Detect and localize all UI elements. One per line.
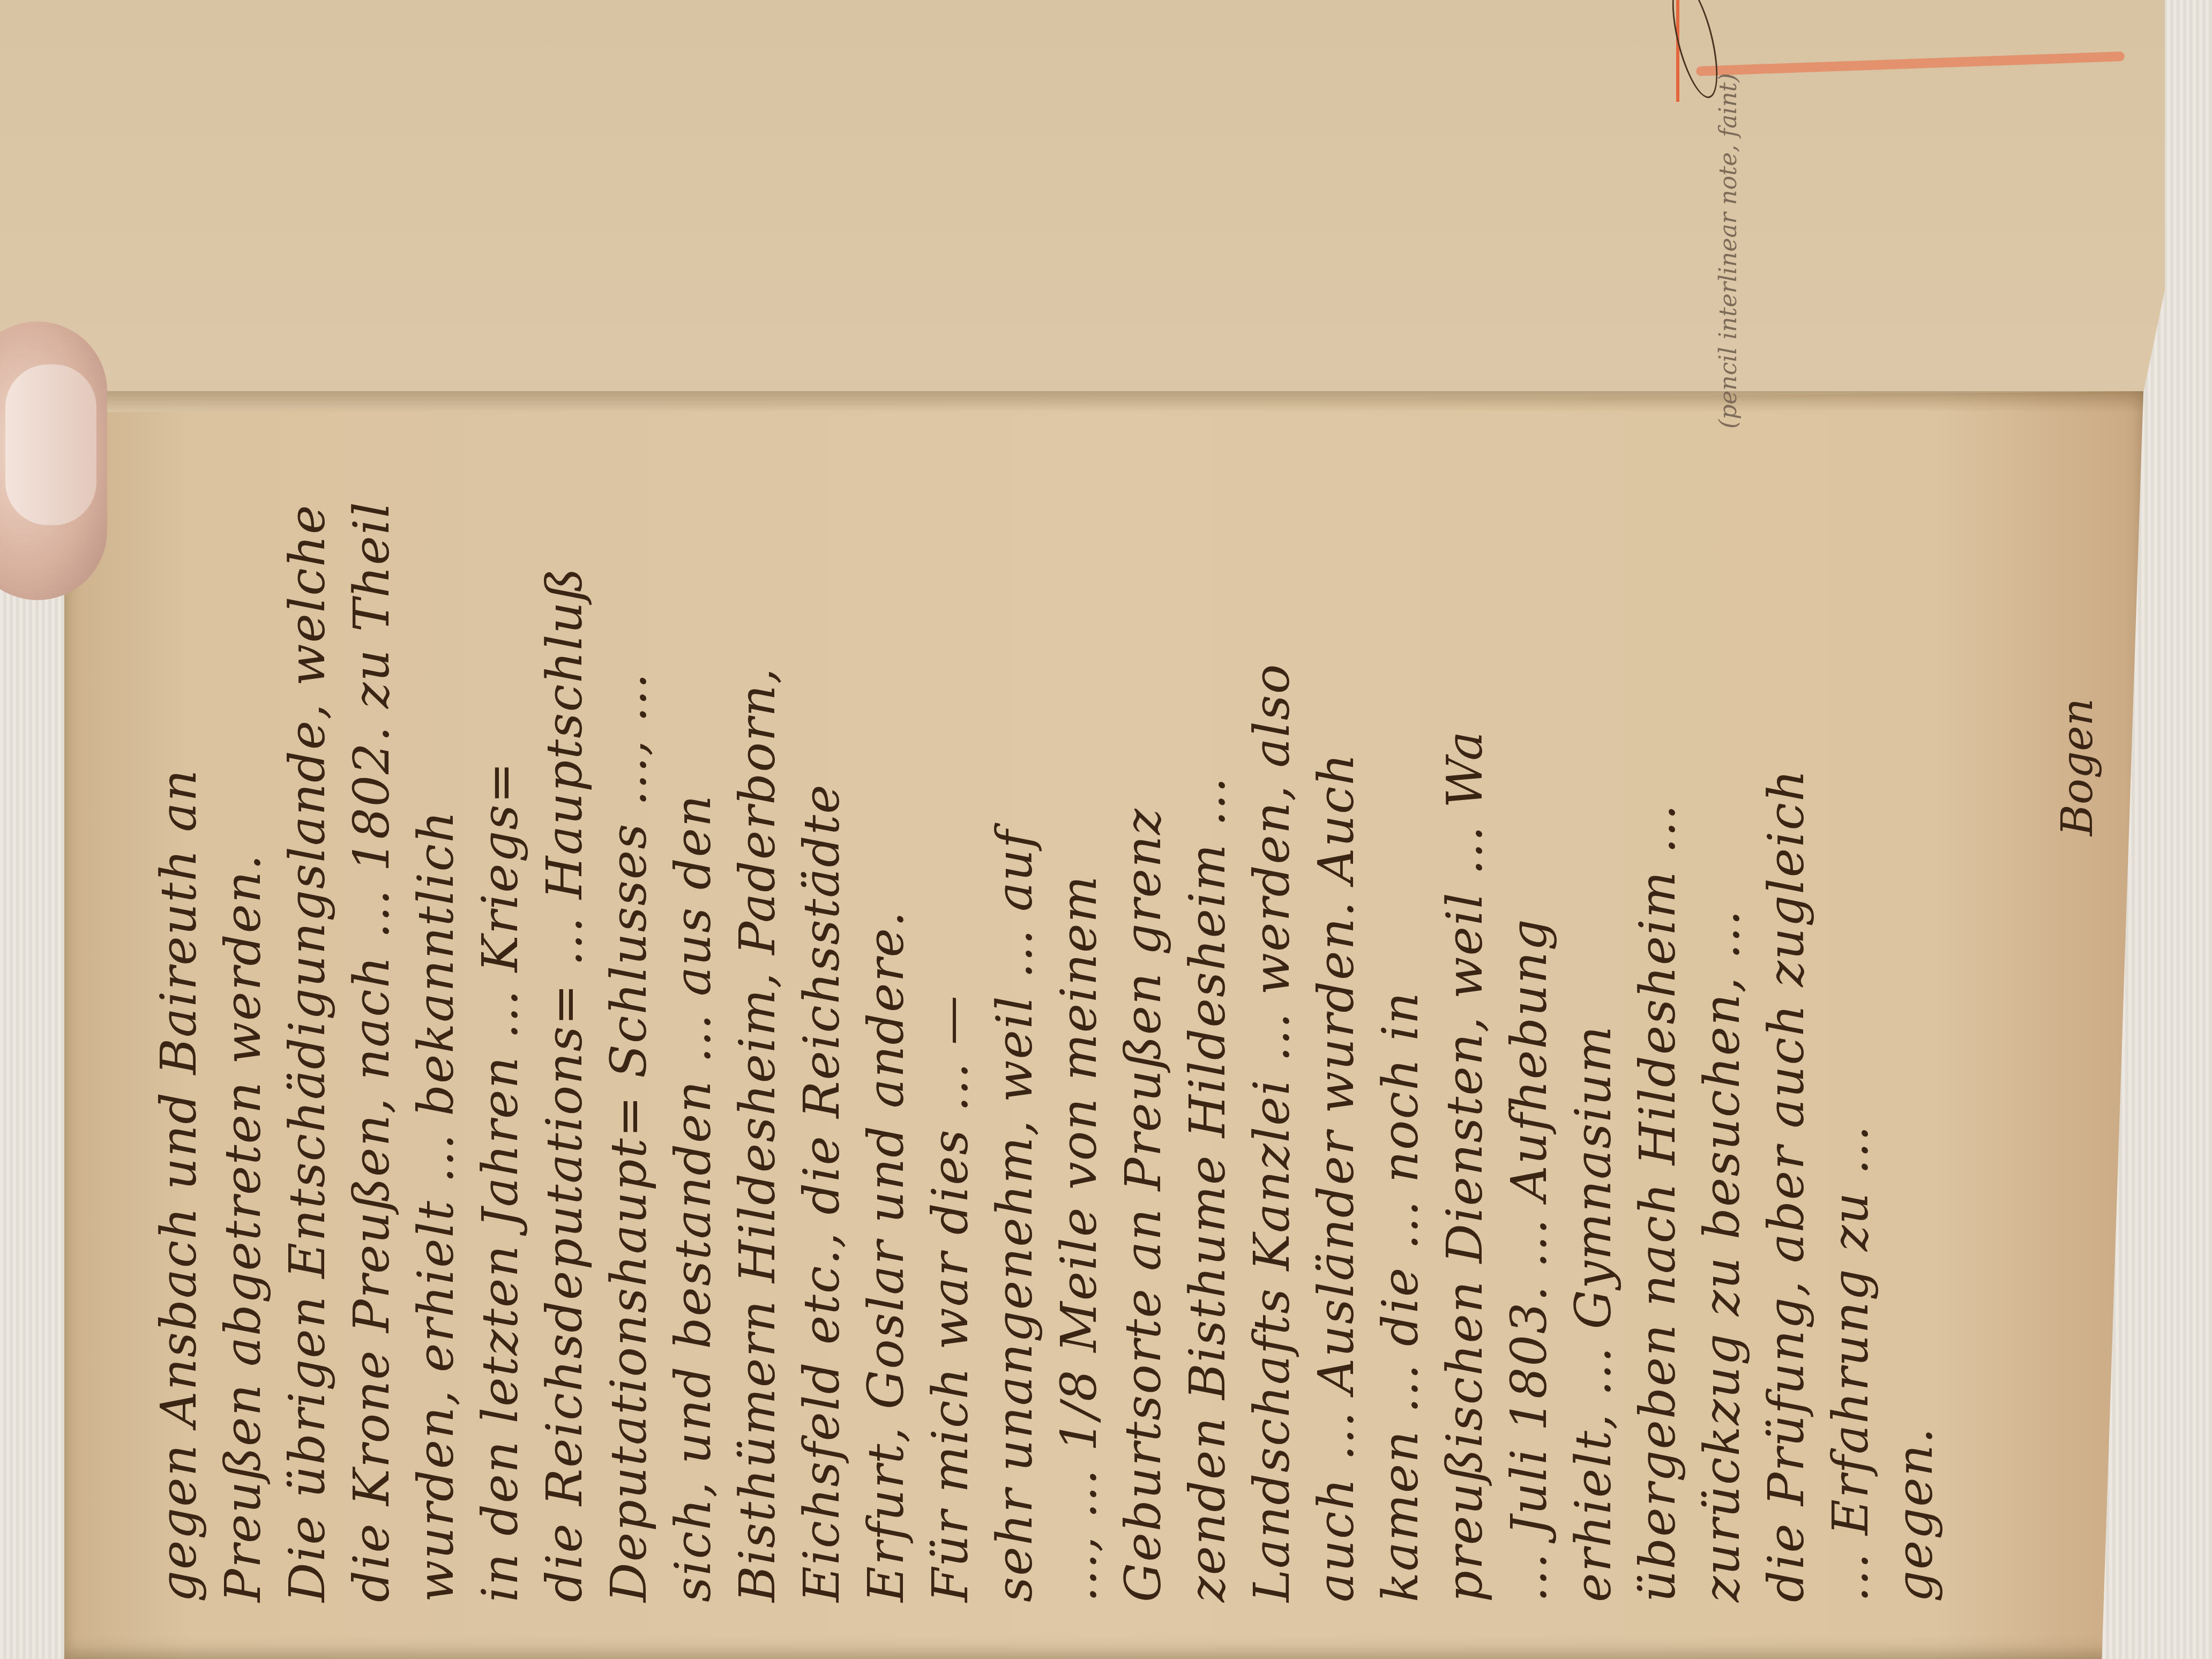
text-line: in den letzten Jahren ... Kriegs= [472,423,536,1602]
text-line: wurden, erhielt ... bekanntlich [407,423,472,1602]
text-line: Für mich war dies ... — [922,423,986,1602]
text-line: kamen ... die ... noch in [1372,423,1436,1602]
text-line: Deputationshaupt= Schlusses ..., ... [600,423,664,1602]
text-line: erhielt, ... Gymnasium [1565,423,1629,1602]
handwritten-text-block: gegen Ansbach und Baireuth an Preußen ab… [150,423,1951,1602]
text-line: gegen Ansbach und Baireuth an [150,423,214,1602]
thumbnail-nail [5,364,96,525]
text-line: preußischen Diensten, weil ... Wa [1436,423,1500,1602]
text-line: die Krone Preußen, nach ... 1802. zu The… [343,423,407,1602]
catchword-signature: Bogen [2052,698,2102,836]
page-fold-shadow [64,391,2143,413]
text-line: Landschafts Kanzlei ... werden, also [1243,423,1307,1602]
pencil-margin-annotation: (pencil interlinear note, faint) [1715,73,1742,429]
text-line: ... Erfahrung zu ... [1822,423,1886,1602]
text-line: ..., ... 1/8 Meile von meinem [1050,423,1115,1602]
text-line: sehr unangenehm, weil ... auf [986,423,1050,1602]
text-line: auch ... Ausländer wurden. Auch [1307,423,1372,1602]
text-line: sich, und bestanden ... aus den [664,423,729,1602]
text-line: Eichsfeld etc., die Reichsstädte [793,423,857,1602]
text-line: Geburtsorte an Preußen grenz [1115,423,1179,1602]
text-line: gegen. [1886,423,1951,1602]
text-line: Die übrigen Entschädigungslande, welche [279,423,343,1602]
text-line: die Prüfung, aber auch zugleich [1758,423,1822,1602]
text-line: ... Juli 1803. ... Aufhebung [1500,423,1565,1602]
text-line: übergeben nach Hildesheim ... [1629,423,1693,1602]
text-line: Bisthümern Hildesheim, Paderborn, [729,423,793,1602]
text-line: zurückzug zu besuchen, ... [1693,423,1758,1602]
text-line: die Reichsdeputations= ... Hauptschluß [536,423,600,1602]
text-line: Preußen abgetreten werden. [214,423,279,1602]
text-line: Erfurt, Goslar und andere. [857,423,922,1602]
text-line: zenden Bisthume Hildesheim ... [1179,423,1243,1602]
